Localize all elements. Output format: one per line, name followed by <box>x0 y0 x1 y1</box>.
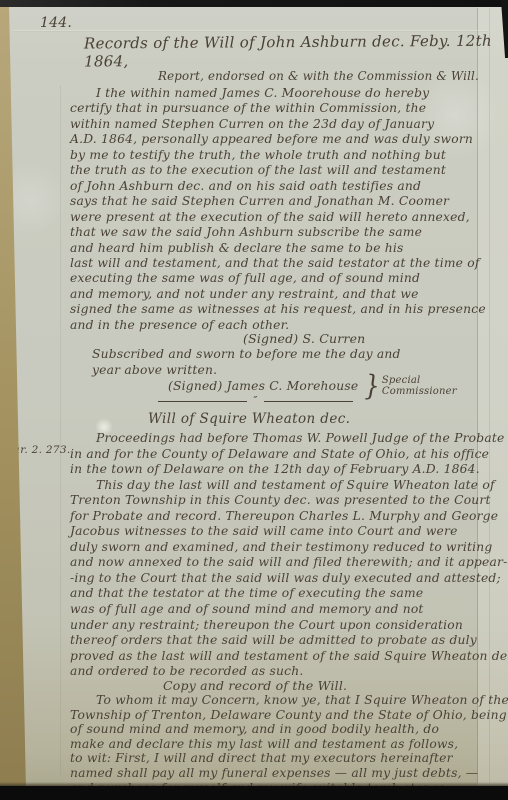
wheaton-section-heading: Will of Squire Wheaton dec. <box>148 411 350 427</box>
handwritten-line: thereof orders that the said will be adm… <box>70 633 508 649</box>
commissioner-brace: } <box>364 370 379 402</box>
handwritten-line: the truth as to the execution of the las… <box>70 163 486 178</box>
record-title: Records of the Will of John Ashburn dec.… <box>84 32 508 71</box>
handwritten-line: and that the testator at the time of exe… <box>70 586 508 602</box>
handwritten-line: To whom it may Concern, know ye, that I … <box>70 693 508 708</box>
handwritten-line: Jacobus witnesses to the said will came … <box>70 524 508 540</box>
ledger-page-photo: 144. Records of the Will of John Ashburn… <box>0 0 508 800</box>
handwritten-line: that we saw the said John Ashburn subscr… <box>70 225 486 240</box>
commissioner-role-line: Special <box>382 375 457 386</box>
handwritten-line: Proceedings had before Thomas W. Powell … <box>70 431 508 447</box>
handwritten-line: within named Stephen Curren on the 23d d… <box>70 117 486 132</box>
handwritten-line: of sound mind and memory, and in good bo… <box>70 722 508 737</box>
signature-curren: (Signed) S. Curren <box>243 331 365 346</box>
handwritten-line: under any restraint; thereupon the Court… <box>70 618 508 634</box>
photo-top-border <box>0 0 508 7</box>
handwritten-line: named shall pay all my funeral expenses … <box>70 766 508 781</box>
divider-rule <box>158 401 247 402</box>
wheaton-proceedings: Proceedings had before Thomas W. Powell … <box>70 431 508 680</box>
handwritten-line: to wit: First, I will and direct that my… <box>70 751 508 766</box>
section-divider: ″ <box>158 398 353 404</box>
handwritten-line: Township of Trenton, Delaware County and… <box>70 708 508 723</box>
commissioner-role-line: Commissioner <box>382 386 457 397</box>
handwritten-line: last will and testament, and that the sa… <box>70 256 486 271</box>
handwritten-line: was of full age and of sound mind and me… <box>70 602 508 618</box>
handwritten-line: certify that in pursuance of the within … <box>70 101 486 116</box>
handwritten-line: This day the last will and testament of … <box>70 478 508 494</box>
handwritten-line: in and for the County of Delaware and St… <box>70 447 508 463</box>
handwritten-line: were present at the execution of the sai… <box>70 210 486 225</box>
report-body: I the within named James C. Moorehouse d… <box>70 86 486 333</box>
will-text: To whom it may Concern, know ye, that I … <box>70 693 508 795</box>
commissioner-role: SpecialCommissioner <box>382 375 457 397</box>
handwritten-line: -ing to the Court that the said will was… <box>70 571 508 587</box>
handwritten-line: I the within named James C. Moorehouse d… <box>70 86 486 101</box>
handwritten-line: for Probate and record. Thereupon Charle… <box>70 509 508 525</box>
handwritten-line: Trenton Township in this County dec. was… <box>70 493 508 509</box>
proceedings-paragraph: Proceedings had before Thomas W. Powell … <box>70 431 508 478</box>
handwritten-line: proved as the last will and testament of… <box>70 649 508 665</box>
handwritten-line: make and declare this my last will and t… <box>70 737 508 752</box>
handwritten-line: A.D. 1864, personally appeared before me… <box>70 132 486 147</box>
handwritten-line: of John Ashburn dec. and on his said oat… <box>70 179 486 194</box>
handwritten-line: duly sworn and examined, and their testi… <box>70 540 508 556</box>
handwritten-line: and heard him publish & declare the same… <box>70 241 486 256</box>
report-heading: Report, endorsed on & with the Commissio… <box>158 69 479 83</box>
margin-crease-line <box>60 85 61 775</box>
handwritten-line: Subscribed and sworn to before me the da… <box>92 347 401 363</box>
probate-order-paragraph: This day the last will and testament of … <box>70 478 508 680</box>
handwritten-line: signed the same as witnesses at his requ… <box>70 302 486 317</box>
handwritten-line: and memory, and not under any restraint,… <box>70 287 486 302</box>
handwritten-line: in the town of Delaware on the 12th day … <box>70 462 508 478</box>
handwritten-line: says that he said Stephen Curren and Jon… <box>70 194 486 209</box>
copy-record-heading: Copy and record of the Will. <box>163 678 347 693</box>
divider-rule <box>264 401 353 402</box>
signature-morehouse: (Signed) James C. Morehouse <box>168 379 358 393</box>
handwritten-line: by me to testify the truth, the whole tr… <box>70 148 486 163</box>
handwritten-line: and now annexed to the said will and fil… <box>70 555 508 571</box>
photo-bottom-border <box>0 786 508 800</box>
ditto-mark: ″ <box>253 398 257 404</box>
page-number: 144. <box>40 15 72 31</box>
handwritten-line: executing the same was of full age, and … <box>70 271 486 286</box>
signature-morehouse-block: (Signed) James C. Morehouse } SpecialCom… <box>168 372 457 400</box>
